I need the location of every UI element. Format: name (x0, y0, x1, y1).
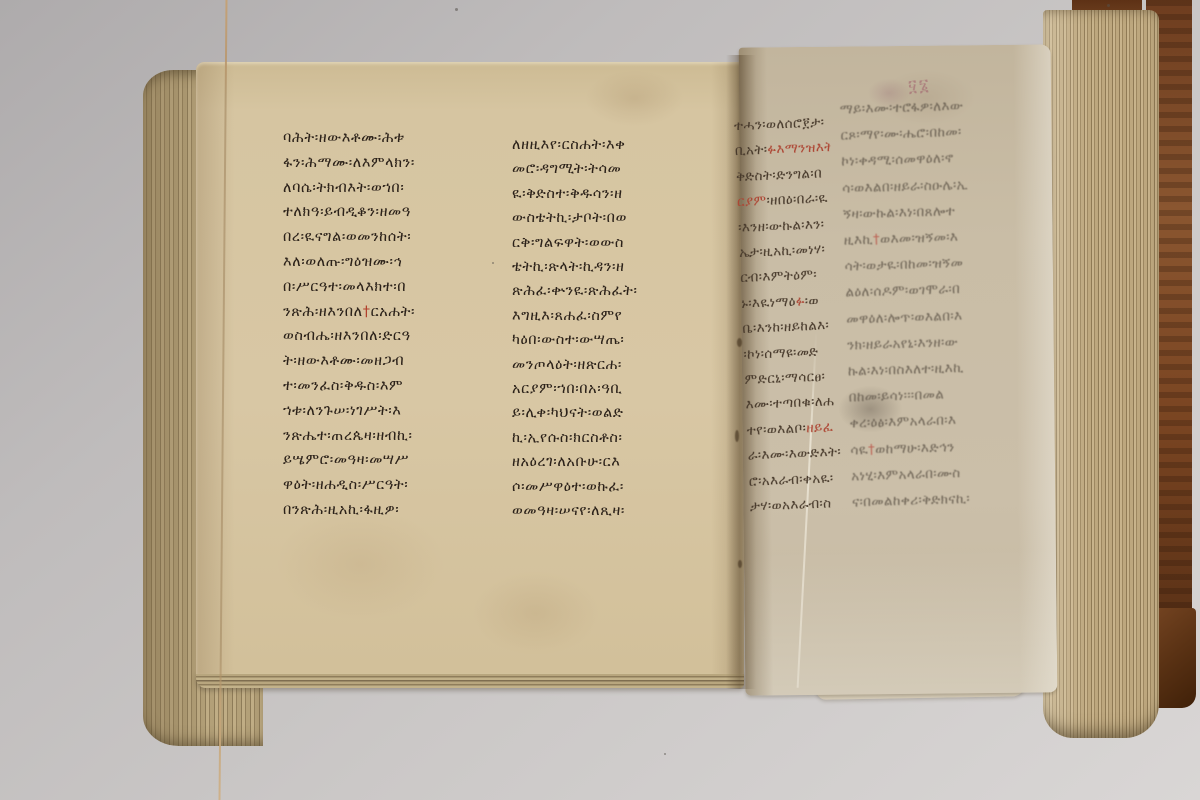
manuscript-text-line: ዋዕት፡ዘሐዲስ፡ሥርዓት፡ (283, 473, 463, 498)
manuscript-text-line: ይሤምሮ፡መዓዛ፡መሣሥ (283, 448, 463, 473)
manuscript-text-line: ሶ፡መሥዋዕተ፡ወኩፈ፡ (512, 475, 714, 499)
left-page-text-column-2: ለዘዚእየ፡ርስሐት፡እቀመሮ፡ዳግሚት፡ትሳመዪ፡ቅድስተ፡ቅዱሳን፡ዘውስቴ… (512, 133, 714, 531)
manuscript-text-line: እለ፡ወለጡ፡ግዕዝሙ፡ኅ (283, 250, 463, 275)
manuscript-text-line: ንጽሕ፡ዘእንበለ†ርአሐት፡ (283, 300, 463, 325)
gutter-debris (735, 430, 739, 442)
folio-number-annotation: ፶፮ (907, 75, 931, 97)
manuscript-text-line: ርያም፡ዘበዕ፡በራ፡ዪ (737, 186, 834, 215)
manuscript-text-line: ኤታ፡ዚአኪ፡መነሃ፡ (739, 237, 836, 266)
manuscript-text-line: ተ፡መንፈስ፡ቅዱስ፡እም (283, 374, 463, 399)
rubric-red-text: ርያም (737, 193, 767, 210)
right-page-text-column-2: ማይ፡እሙ፡ተሮፋዎ፡ለእውርጾ፡ማየ፡ሙ፡ሔሮ፡በከመ፡ኮነ፡ቀዳሚ፡ሰመዋዕ… (839, 91, 1022, 524)
left-page-bottom-leaf-edges (196, 672, 744, 688)
gutter-debris (738, 560, 742, 568)
manuscript-text-line: ኪ፡ኢየሱስ፡ክርስቶስ፡ (512, 426, 714, 450)
manuscript-text-line: ታሃ፡ወአእራብ፡ስ (749, 491, 846, 520)
manuscript-text-line: ጽሕፈ፡ቍንዪ፡ጽሕፈት፡ (512, 279, 714, 303)
manuscript-text-line: ኀቱ፡ለንጉሠ፡ነገሥት፡እ (283, 399, 463, 424)
manuscript-text-line: በረ፡ዪናግል፡ወመንከሰት፡ (283, 225, 463, 250)
manuscript-text-line: ለባሴ፡ትክብእት፡ወኀበ፡ (283, 176, 463, 201)
manuscript-text-line: ቢአት፡ፉእማንዝእት (734, 136, 831, 165)
gutter-debris (737, 338, 742, 347)
manuscript-text-line: ራ፡እሙ፡እውድእት፡ (747, 440, 844, 469)
left-page-text-column-1: ባሕት፡ዘውእቶሙ፡ሕቱፋን፡ሕማሙ፡ለእምላክን፡ለባሴ፡ትክብእት፡ወኀበ፡… (283, 126, 463, 528)
manuscript-text-line: ት፡ዘውእቶሙ፡መዘጋብ (283, 349, 463, 374)
dust-speck (455, 8, 458, 11)
manuscript-text-line: መንጦላዕት፡ዘጽርሐ፡ (512, 353, 714, 377)
manuscript-text-line: ወስብሔ፡ዘእንበለ፡ድርዓ (283, 324, 463, 349)
manuscript-text-line: ባሕት፡ዘውእቶሙ፡ሕቱ (283, 126, 463, 151)
manuscript-text-line: ተለክዓ፡ይብዲቆን፡ዘመዓ (283, 200, 463, 225)
manuscript-text-line: ንጽሔተ፡ጠረጴዛ፡ዘብኪ፡ (283, 424, 463, 449)
photo-backdrop: ባሕት፡ዘውእቶሙ፡ሕቱፋን፡ሕማሙ፡ለእምላክን፡ለባሴ፡ትክብእት፡ወኀበ፡… (0, 0, 1200, 800)
right-page-text-column-1: ተሓን፡ወለሰሮ፻ታ፡ቢአት፡ፉእማንዝእትቅድስት፡ድንግል፡በርያም፡ዘበዕ… (733, 110, 846, 526)
dust-speck (1107, 4, 1110, 7)
manuscript-text-line: ውስቴትኪ፡ታቦት፡በወ (512, 206, 714, 230)
manuscript-text-line: ወመዓዛ፡ሠናየ፡ለጺዛ፡ (512, 499, 714, 523)
manuscript-text-line: ና፡በመልከቀሪ፡ቅድክናኪ፡ (852, 484, 1023, 516)
manuscript-text-line: ርቅ፡ግልፍዋት፡ወውስ (512, 231, 714, 255)
rubric-red-text: † (363, 304, 371, 320)
right-fore-edge-page-stack (1043, 10, 1159, 738)
folio-ink-blot (868, 78, 910, 108)
manuscript-text-line: ፋን፡ሕማሙ፡ለእምላክን፡ (283, 151, 463, 176)
manuscript-text-line: ቴትኪ፡ጽላት፡ኪዳን፡ዘ (512, 255, 714, 279)
manuscript-text-line: በንጽሕ፡ዚአኪ፡ፋዚዎ፡ (283, 498, 463, 523)
manuscript-text-line: ካዕበ፡ውስተ፡ውሣጤ፡ (512, 328, 714, 352)
manuscript-text-line: እግዚእ፡ጸሐፈ፡ስምየ (512, 304, 714, 328)
manuscript-text-line: እሙ፡ተጣበቁ፡ለሐ (745, 389, 842, 418)
dust-speck (664, 753, 666, 755)
rubric-red-text: ዘይፈ (806, 419, 834, 436)
manuscript-text-line: አርያም፡ኀበ፡በአ፡ዓቢ (512, 377, 714, 401)
manuscript-text-line: በ፡ሥርዓተ፡መላእክተ፡በ (283, 275, 463, 300)
manuscript-text-line: ይ፡ሊቀ፡ካህናት፡ወልድ (512, 401, 714, 425)
manuscript-text-line: ለዘዚእየ፡ርስሐት፡እቀ (512, 133, 714, 157)
dust-speck (492, 262, 494, 264)
rubric-red-text: ፉእማንዝእት (767, 139, 834, 158)
manuscript-text-line: መሮ፡ዳግሚት፡ትሳመ (512, 157, 714, 181)
manuscript-text-line: ዘአዕረገ፡ለአቡሁ፡ርእ (512, 450, 714, 474)
manuscript-text-line: ዪ፡ቅድስተ፡ቅዱሳን፡ዘ (512, 182, 714, 206)
manuscript-text-line: ቤ፡እንከ፡ዘይከልእ፡ (742, 313, 839, 342)
